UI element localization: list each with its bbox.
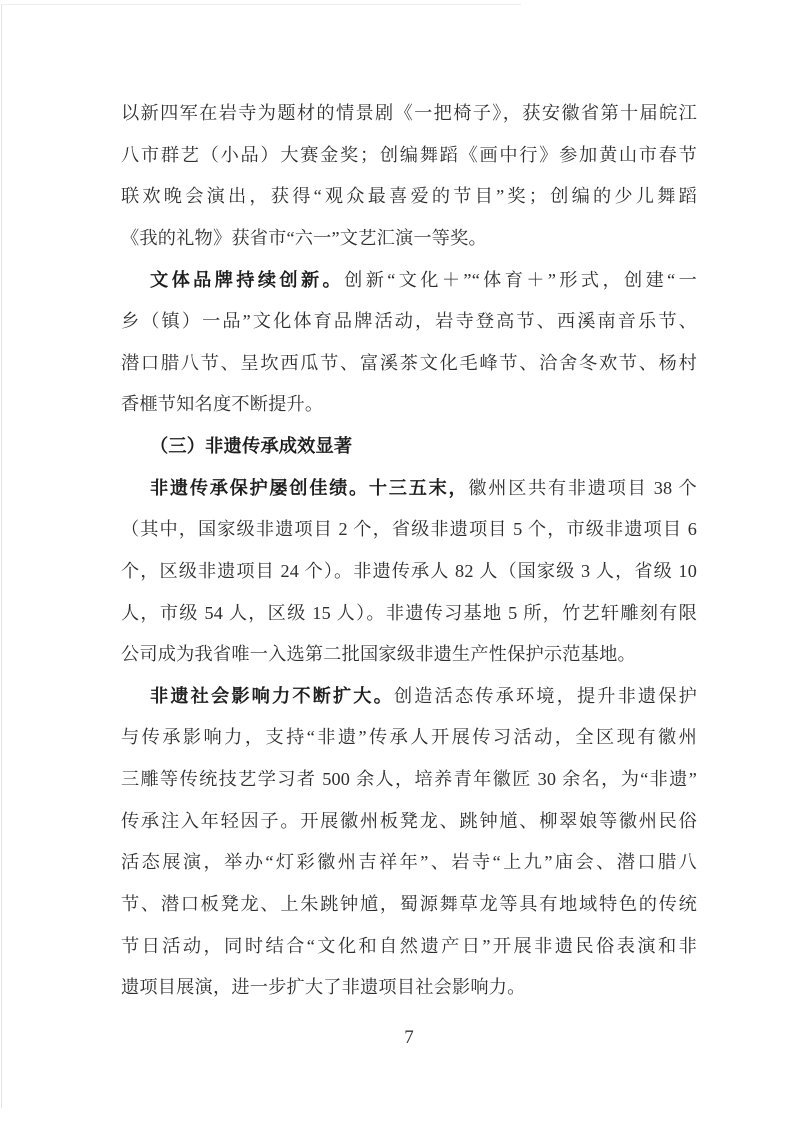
body-text: 创造活态传承环境，提升非遗保护 — [394, 686, 697, 706]
body-text: 以新四军在岩寺为题材的情景剧《一把椅子》，获安徽省第十届皖江 — [121, 103, 697, 123]
emphasis-text: 文体品牌持续创新。 — [150, 270, 344, 290]
paragraph: 以新四军在岩寺为题材的情景剧《一把椅子》，获安徽省第十届皖江八市群艺（小品）大赛… — [121, 93, 697, 260]
text-line: 节、潜口板凳龙、上朱跳钟馗，蜀源舞草龙等具有地域特色的传统 — [121, 884, 697, 926]
text-line: 香榧节知名度不断提升。 — [121, 384, 697, 426]
body-text: 活态展演，举办“灯彩徽州吉祥年”、岩寺“上九”庙会、潜口腊八 — [121, 852, 697, 872]
body-text: 八市群艺（小品）大赛金奖；创编舞蹈《画中行》参加黄山市春节 — [121, 145, 697, 165]
emphasis-text: （三）非遗传承成效显著 — [150, 436, 352, 456]
document-body: 以新四军在岩寺为题材的情景剧《一把椅子》，获安徽省第十届皖江八市群艺（小品）大赛… — [121, 93, 697, 1009]
scan-edge-line-top — [1, 4, 521, 5]
page-footer: 7 — [121, 1026, 697, 1050]
section-heading: （三）非遗传承成效显著 — [121, 426, 697, 468]
text-line: 与传承影响力，支持“非遗”传承人开展传习活动，全区现有徽州 — [121, 717, 697, 759]
body-text: 与传承影响力，支持“非遗”传承人开展传习活动，全区现有徽州 — [121, 727, 697, 747]
text-line: 个，区级非遗项目 24 个）。非遗传承人 82 人（国家级 3 人，省级 10 — [121, 551, 697, 593]
body-text: 创新“文化＋”“体育＋”形式，创建“一 — [344, 270, 697, 290]
text-line: 八市群艺（小品）大赛金奖；创编舞蹈《画中行》参加黄山市春节 — [121, 135, 697, 177]
body-text: 节日活动，同时结合“文化和自然遗产日”开展非遗民俗表演和非 — [121, 936, 697, 956]
body-text: 《我的礼物》获省市“六一”文艺汇演一等奖。 — [121, 228, 487, 248]
text-line: 《我的礼物》获省市“六一”文艺汇演一等奖。 — [121, 218, 697, 260]
body-text: 香榧节知名度不断提升。 — [121, 394, 323, 414]
text-line: 文体品牌持续创新。创新“文化＋”“体育＋”形式，创建“一 — [121, 260, 697, 302]
body-text: 三雕等传统技艺学习者 500 余人，培养青年徽匠 30 余名，为“非遗” — [121, 769, 697, 789]
paragraph: 文体品牌持续创新。创新“文化＋”“体育＋”形式，创建“一乡（镇）一品”文化体育品… — [121, 260, 697, 427]
body-text: 人，市级 54 人，区级 15 人）。非遗传习基地 5 所，竹艺轩雕刻有限 — [121, 603, 697, 623]
body-text: 徽州区共有非遗项目 38 个 — [468, 478, 697, 498]
text-line: 活态展演，举办“灯彩徽州吉祥年”、岩寺“上九”庙会、潜口腊八 — [121, 842, 697, 884]
body-text: 公司成为我省唯一入选第二批国家级非遗生产性保护示范基地。 — [121, 644, 636, 664]
text-line: 人，市级 54 人，区级 15 人）。非遗传习基地 5 所，竹艺轩雕刻有限 — [121, 593, 697, 635]
text-line: 遗项目展演，进一步扩大了非遗项目社会影响力。 — [121, 967, 697, 1009]
body-text: （其中，国家级非遗项目 2 个，省级非遗项目 5 个，市级非遗项目 6 — [121, 519, 697, 539]
text-line: 乡（镇）一品”文化体育品牌活动，岩寺登高节、西溪南音乐节、 — [121, 301, 697, 343]
emphasis-text: 非遗传承保护屡创佳绩。 — [150, 478, 369, 498]
emphasis-text: 十三五末， — [369, 478, 469, 498]
text-line: 公司成为我省唯一入选第二批国家级非遗生产性保护示范基地。 — [121, 634, 697, 676]
body-text: 联欢晚会演出，获得“观众最喜爱的节目”奖；创编的少儿舞蹈 — [121, 186, 697, 206]
body-text: 遗项目展演，进一步扩大了非遗项目社会影响力。 — [121, 977, 526, 997]
body-text: 个，区级非遗项目 24 个）。非遗传承人 82 人（国家级 3 人，省级 10 — [121, 561, 697, 581]
page-number: 7 — [404, 1027, 414, 1048]
text-line: 节日活动，同时结合“文化和自然遗产日”开展非遗民俗表演和非 — [121, 926, 697, 968]
paragraph: 非遗社会影响力不断扩大。创造活态传承环境，提升非遗保护与传承影响力，支持“非遗”… — [121, 676, 697, 1009]
body-text: 乡（镇）一品”文化体育品牌活动，岩寺登高节、西溪南音乐节、 — [121, 311, 697, 331]
body-text: 节、潜口板凳龙、上朱跳钟馗，蜀源舞草龙等具有地域特色的传统 — [121, 894, 697, 914]
emphasis-text: 非遗社会影响力不断扩大。 — [150, 686, 394, 706]
text-line: 非遗传承保护屡创佳绩。十三五末，徽州区共有非遗项目 38 个 — [121, 468, 697, 510]
text-line: 潜口腊八节、呈坎西瓜节、富溪茶文化毛峰节、洽舍冬欢节、杨村 — [121, 343, 697, 385]
text-line: （三）非遗传承成效显著 — [121, 426, 697, 468]
paragraph: 非遗传承保护屡创佳绩。十三五末，徽州区共有非遗项目 38 个（其中，国家级非遗项… — [121, 468, 697, 676]
text-line: 三雕等传统技艺学习者 500 余人，培养青年徽匠 30 余名，为“非遗” — [121, 759, 697, 801]
body-text: 传承注入年轻因子。开展徽州板凳龙、跳钟馗、柳翠娘等徽州民俗 — [121, 811, 697, 831]
text-line: 传承注入年轻因子。开展徽州板凳龙、跳钟馗、柳翠娘等徽州民俗 — [121, 801, 697, 843]
scan-edge-line-left — [1, 4, 2, 1108]
text-line: 以新四军在岩寺为题材的情景剧《一把椅子》，获安徽省第十届皖江 — [121, 93, 697, 135]
document-page: 以新四军在岩寺为题材的情景剧《一把椅子》，获安徽省第十届皖江八市群艺（小品）大赛… — [0, 0, 793, 1122]
text-line: 非遗社会影响力不断扩大。创造活态传承环境，提升非遗保护 — [121, 676, 697, 718]
text-line: 联欢晚会演出，获得“观众最喜爱的节目”奖；创编的少儿舞蹈 — [121, 176, 697, 218]
text-line: （其中，国家级非遗项目 2 个，省级非遗项目 5 个，市级非遗项目 6 — [121, 509, 697, 551]
body-text: 潜口腊八节、呈坎西瓜节、富溪茶文化毛峰节、洽舍冬欢节、杨村 — [121, 353, 697, 373]
